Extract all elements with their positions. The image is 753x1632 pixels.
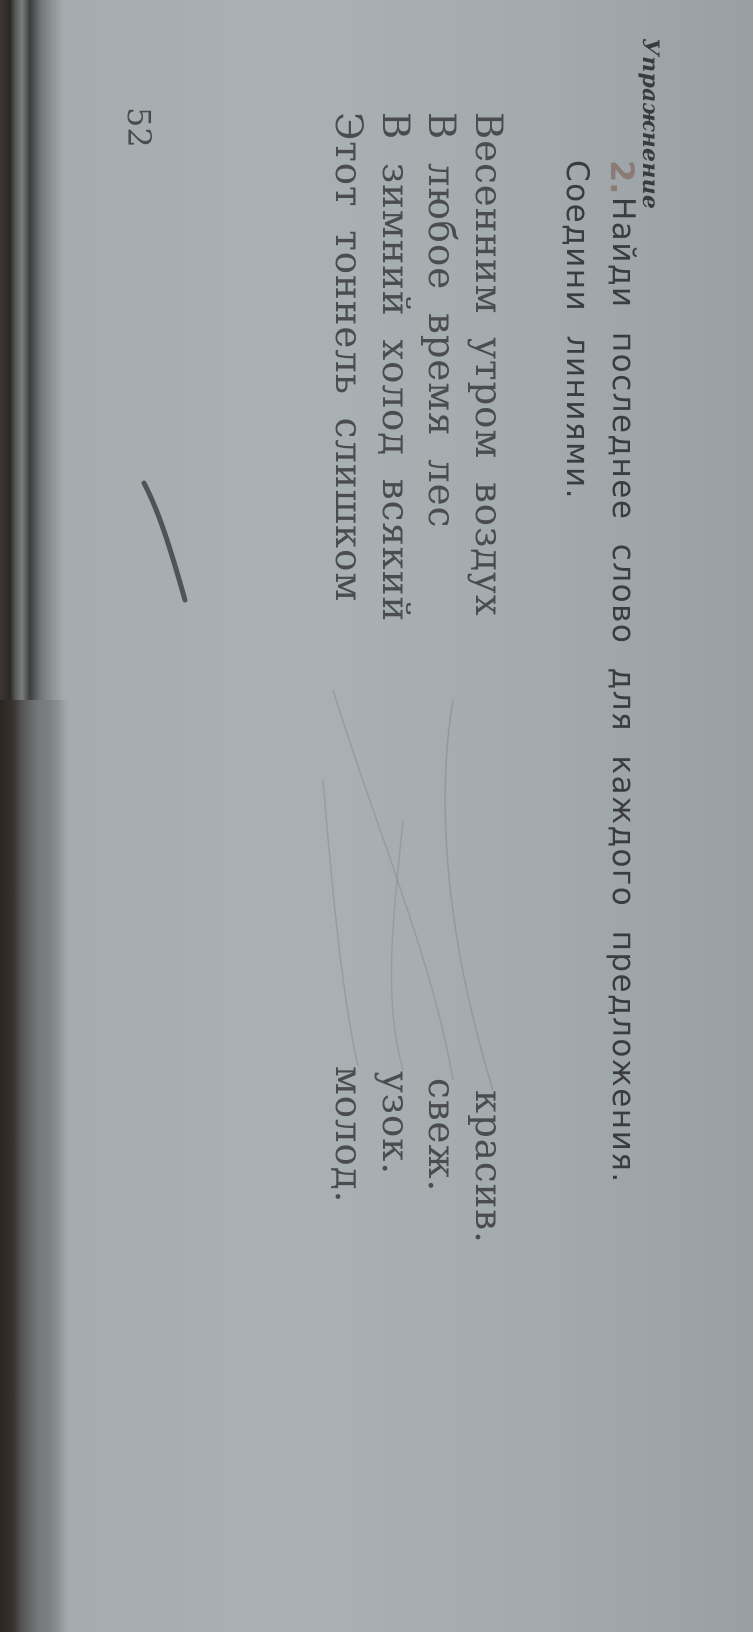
sentence-start: В зимний холод всякий xyxy=(374,112,417,622)
pencil-line xyxy=(333,690,453,1080)
sentence-start: Весенним утром воздух xyxy=(467,112,510,617)
sentence-start: В любое время лес xyxy=(420,112,463,528)
pencil-line xyxy=(391,820,403,1070)
sentence-ending: свеж. xyxy=(420,1078,463,1192)
pencil-line xyxy=(445,700,493,1090)
sentence-start: Этот тоннель слишком xyxy=(327,112,370,602)
pencil-line xyxy=(323,780,358,1066)
sentence-ending: молод. xyxy=(327,1066,370,1203)
instruction-line-1: Найди последнее слово для каждого предло… xyxy=(605,197,641,1184)
exercise-number: 2. xyxy=(603,160,641,194)
pencil-mark xyxy=(144,483,185,600)
textbook-page: Упражнение 2. Найди последнее слово для … xyxy=(0,0,753,1632)
page-number: 52 xyxy=(120,107,158,148)
sentence-ending: красив. xyxy=(467,1090,510,1244)
sentence-ending: узок. xyxy=(374,1071,417,1175)
textbook-photo: Упражнение 2. Найди последнее слово для … xyxy=(0,0,753,1632)
instruction-line-2: Соедини линиями. xyxy=(559,160,595,500)
